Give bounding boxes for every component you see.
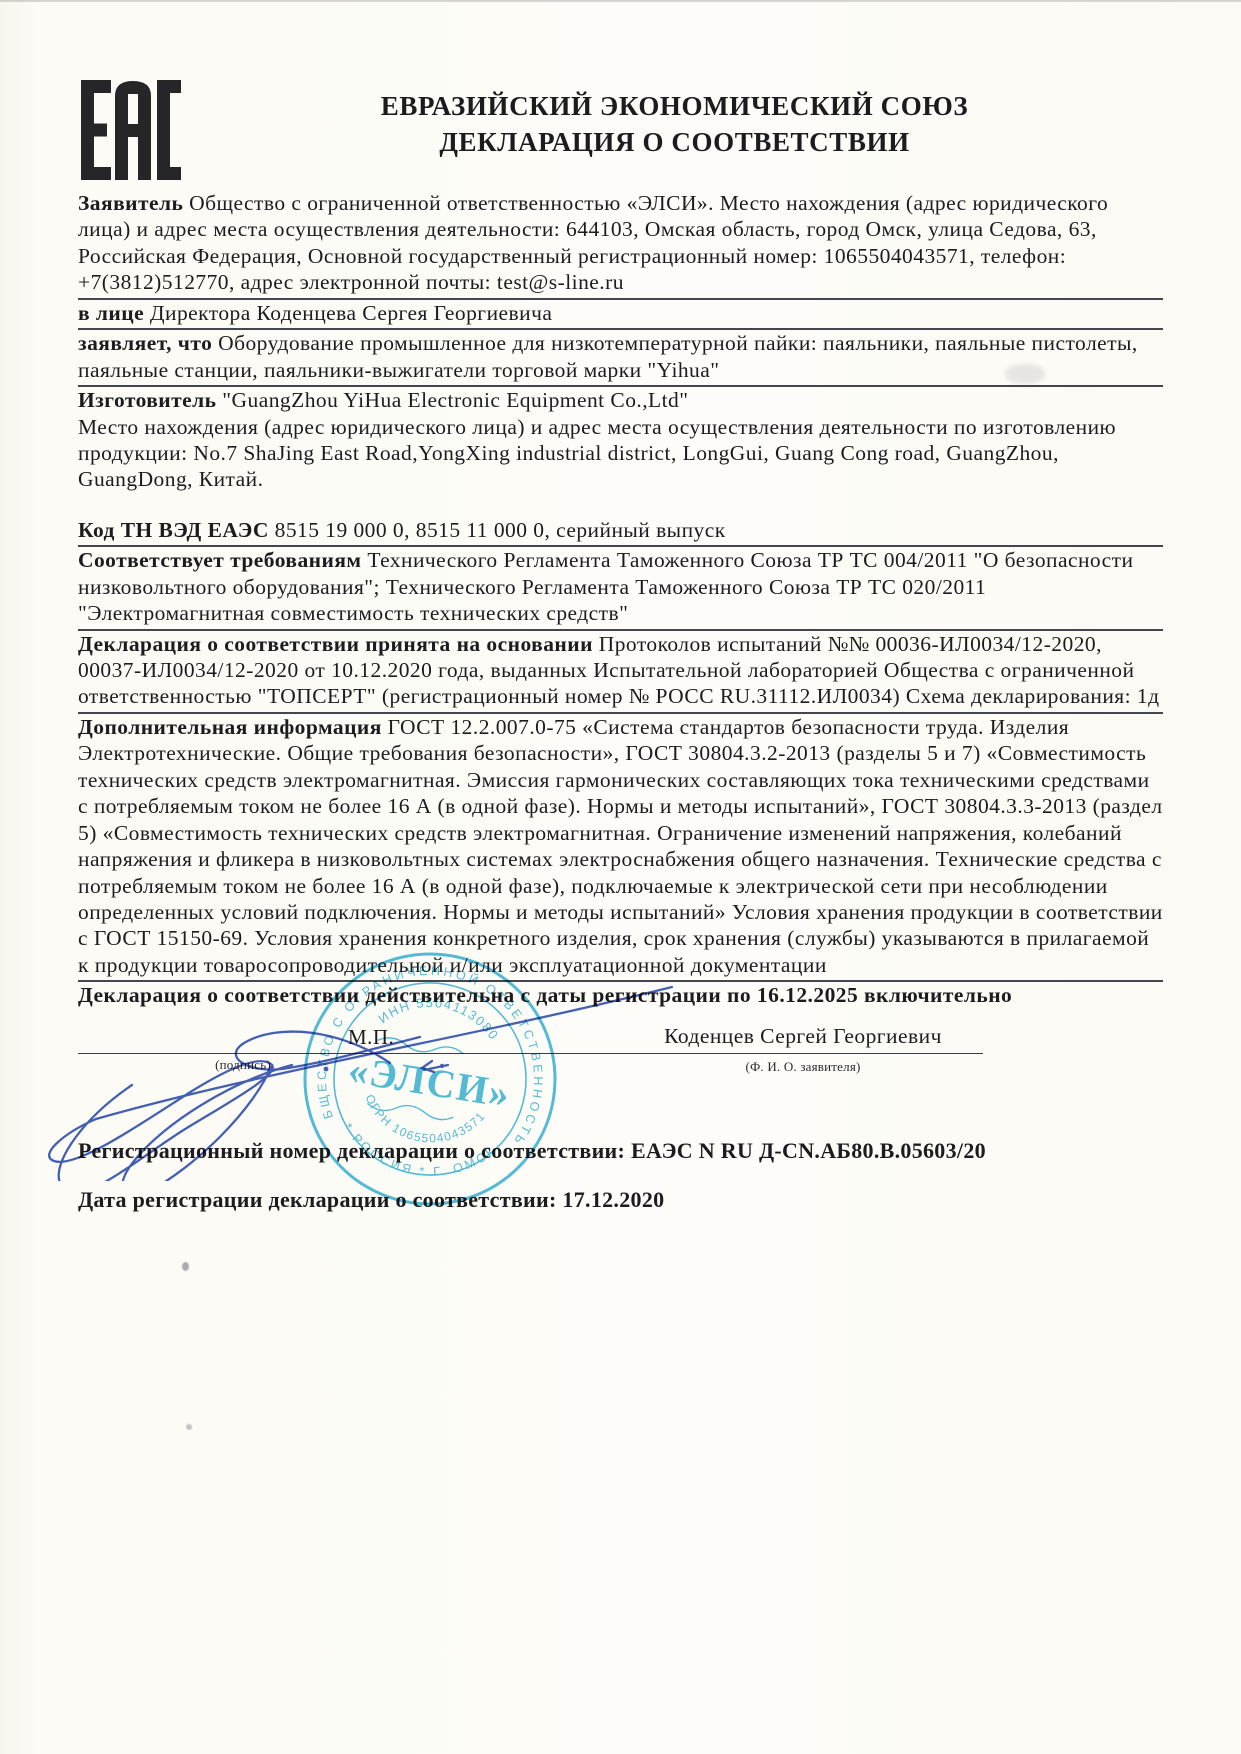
section-tnved-lead: Код ТН ВЭД ЕАЭС: [78, 518, 269, 542]
registration-date-value: 17.12.2020: [557, 1187, 665, 1212]
section-manufacturer-lead: Изготовитель: [78, 388, 216, 412]
section-declares-lead: заявляет, что: [78, 331, 212, 355]
document-content: Заявитель Общество с ограниченной ответс…: [78, 190, 1163, 1213]
registration-date-line: Дата регистрации декларации о соответств…: [78, 1186, 1163, 1213]
section-represented-by-text: Директора Коденцева Сергея Георгиевича: [144, 301, 552, 325]
handwritten-signature: [20, 971, 710, 1181]
section-additional-info: Дополнительная информация ГОСТ 12.2.007.…: [78, 714, 1163, 982]
eac-logo-icon: [78, 80, 186, 180]
scan-speck: [182, 1262, 189, 1271]
section-manufacturer-text: "GuangZhou YiHua Electronic Equipment Co…: [216, 388, 688, 412]
section-declares: заявляет, что Оборудование промышленное …: [78, 330, 1163, 387]
title-line-2: ДЕКЛАРАЦИЯ О СООТВЕТСТВИИ: [186, 124, 1163, 160]
section-applicant: Заявитель Общество с ограниченной ответс…: [78, 190, 1163, 300]
scan-speck: [1005, 364, 1045, 384]
section-applicant-text: Общество с ограниченной ответственностью…: [78, 191, 1108, 294]
blank-gap: [78, 493, 1163, 517]
page-body: ЕВРАЗИЙСКИЙ ЭКОНОМИЧЕСКИЙ СОЮЗ ДЕКЛАРАЦИ…: [0, 0, 1241, 1213]
section-tnved-code: Код ТН ВЭД ЕАЭС 8515 19 000 0, 8515 11 0…: [78, 517, 1163, 547]
title-line-1: ЕВРАЗИЙСКИЙ ЭКОНОМИЧЕСКИЙ СОЮЗ: [186, 88, 1163, 124]
declaration-page: ЕВРАЗИЙСКИЙ ЭКОНОМИЧЕСКИЙ СОЮЗ ДЕКЛАРАЦИ…: [0, 0, 1241, 1754]
section-represented-by: в лице Директора Коденцева Сергея Георги…: [78, 300, 1163, 330]
section-manufacturer: Изготовитель "GuangZhou YiHua Electronic…: [78, 387, 1163, 493]
signature-area: (подпись) М.П. Коденцев Сергей Георгиеви…: [78, 1023, 1163, 1131]
section-complies-with: Соответствует требованиям Технического Р…: [78, 547, 1163, 630]
section-complies-lead: Соответствует требованиям: [78, 548, 362, 572]
section-basis-lead: Декларация о соответствии принята на осн…: [78, 632, 593, 656]
section-basis: Декларация о соответствии принята на осн…: [78, 631, 1163, 714]
section-manufacturer-address: Место нахождения (адрес юридического лиц…: [78, 414, 1163, 493]
section-additional-lead: Дополнительная информация: [78, 715, 382, 739]
document-header: ЕВРАЗИЙСКИЙ ЭКОНОМИЧЕСКИЙ СОЮЗ ДЕКЛАРАЦИ…: [78, 80, 1163, 180]
section-additional-text: ГОСТ 12.2.007.0-75 «Система стандартов б…: [78, 715, 1163, 977]
scan-speck: [186, 1424, 192, 1430]
section-tnved-text: 8515 19 000 0, 8515 11 000 0, серийный в…: [269, 518, 726, 542]
section-declares-text: Оборудование промышленное для низкотемпе…: [78, 331, 1138, 381]
section-represented-by-lead: в лице: [78, 301, 144, 325]
section-applicant-lead: Заявитель: [78, 191, 183, 215]
document-title: ЕВРАЗИЙСКИЙ ЭКОНОМИЧЕСКИЙ СОЮЗ ДЕКЛАРАЦИ…: [186, 80, 1163, 161]
scan-edge-artifact: [0, 0, 1241, 2]
eac-logo-icon: [78, 80, 184, 180]
